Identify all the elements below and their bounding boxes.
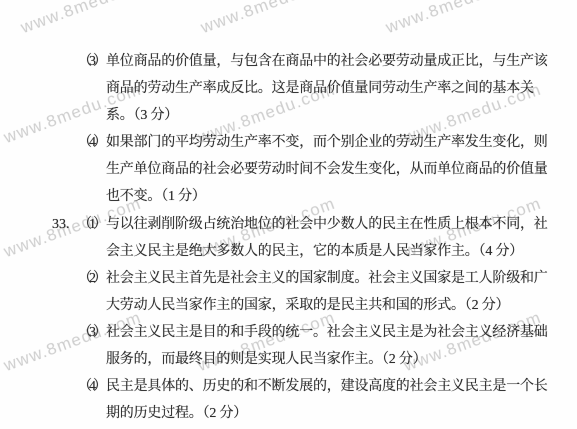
answer-line-text: 单位商品的价值量，与包含在商品中的社会必要劳动量成正比，与生产该 [106,54,548,69]
answer-line: 生产单位商品的社会必要劳动时间不会发生变化，从而单位商品的价值量 [0,156,577,183]
item-marker: （1） [78,211,104,238]
answer-line: 33. （1） 与以往剥削阶级占统治地位的社会中少数人的民主在性质上根本不同，社 [0,211,577,238]
item-marker: （2） [78,265,104,292]
item-marker: （3） [78,319,104,346]
watermark-text: www.8medu.com [198,0,341,38]
answer-line-text: 社会主义民主首先是社会主义的国家制度。社会主义国家是工人阶级和广 [106,271,548,286]
answer-line-text: 期的历史过程。（2 分） [106,406,247,421]
answer-line-text: 生产单位商品的社会必要劳动时间不会发生变化，从而单位商品的价值量 [106,162,548,177]
answer-text: （3） 单位商品的价值量，与包含在商品中的社会必要劳动量成正比，与生产该 商品的… [0,48,577,427]
watermark-text: www.8medu.com [18,0,161,38]
answer-line: 商品的劳动生产率成反比。这是商品价值量同劳动生产率之间的基本关 [0,75,577,102]
answer-line: （4） 民主是具体的、历史的和不断发展的，建设高度的社会主义民主是一个长 [0,373,577,400]
answer-line: 服务的，而最终目的则是实现人民当家作主。（2 分） [0,346,577,373]
answer-line-text: 与以往剥削阶级占统治地位的社会中少数人的民主在性质上根本不同，社 [106,217,548,232]
answer-line: 会主义民主是绝大多数人的民主，它的本质是人民当家作主。（4 分） [0,238,577,265]
question-number: 33. [52,211,70,238]
item-marker: （3） [78,48,104,75]
answer-line: （2） 社会主义民主首先是社会主义的国家制度。社会主义国家是工人阶级和广 [0,265,577,292]
answer-line-text: 商品的劳动生产率成反比。这是商品价值量同劳动生产率之间的基本关 [106,81,534,96]
answer-line-text: 大劳动人民当家作主的国家，采取的是民主共和国的形式。（2 分） [106,298,509,313]
answer-line-text: 如果部门的平均劳动生产率不变，而个别企业的劳动生产率发生变化，则 [106,135,548,150]
answer-line: （3） 社会主义民主是目的和手段的统一。社会主义民主是为社会主义经济基础 [0,319,577,346]
answer-line-text: 民主是具体的、历史的和不断发展的，建设高度的社会主义民主是一个长 [106,379,548,394]
answer-line: 大劳动人民当家作主的国家，采取的是民主共和国的形式。（2 分） [0,292,577,319]
answer-line: 也不变。（1 分） [0,183,577,210]
answer-line: （3） 单位商品的价值量，与包含在商品中的社会必要劳动量成正比，与生产该 [0,48,577,75]
answer-line-text: 也不变。（1 分） [106,189,206,204]
answer-line-text: 系。（3 分） [106,108,178,123]
answer-line-text: 会主义民主是绝大多数人的民主，它的本质是人民当家作主。（4 分） [106,244,523,259]
item-marker: （4） [78,373,104,400]
document-page: www.8medu.com www.8medu.com www.8medu.co… [0,0,577,429]
answer-line-text: 服务的，而最终目的则是实现人民当家作主。（2 分） [106,352,427,367]
answer-line: （4） 如果部门的平均劳动生产率不变，而个别企业的劳动生产率发生变化，则 [0,129,577,156]
answer-line-text: 社会主义民主是目的和手段的统一。社会主义民主是为社会主义经济基础 [106,325,548,340]
watermark-text: www.8medu.com [383,0,526,38]
item-marker: （4） [78,129,104,156]
answer-line: 期的历史过程。（2 分） [0,400,577,427]
answer-line: 系。（3 分） [0,102,577,129]
